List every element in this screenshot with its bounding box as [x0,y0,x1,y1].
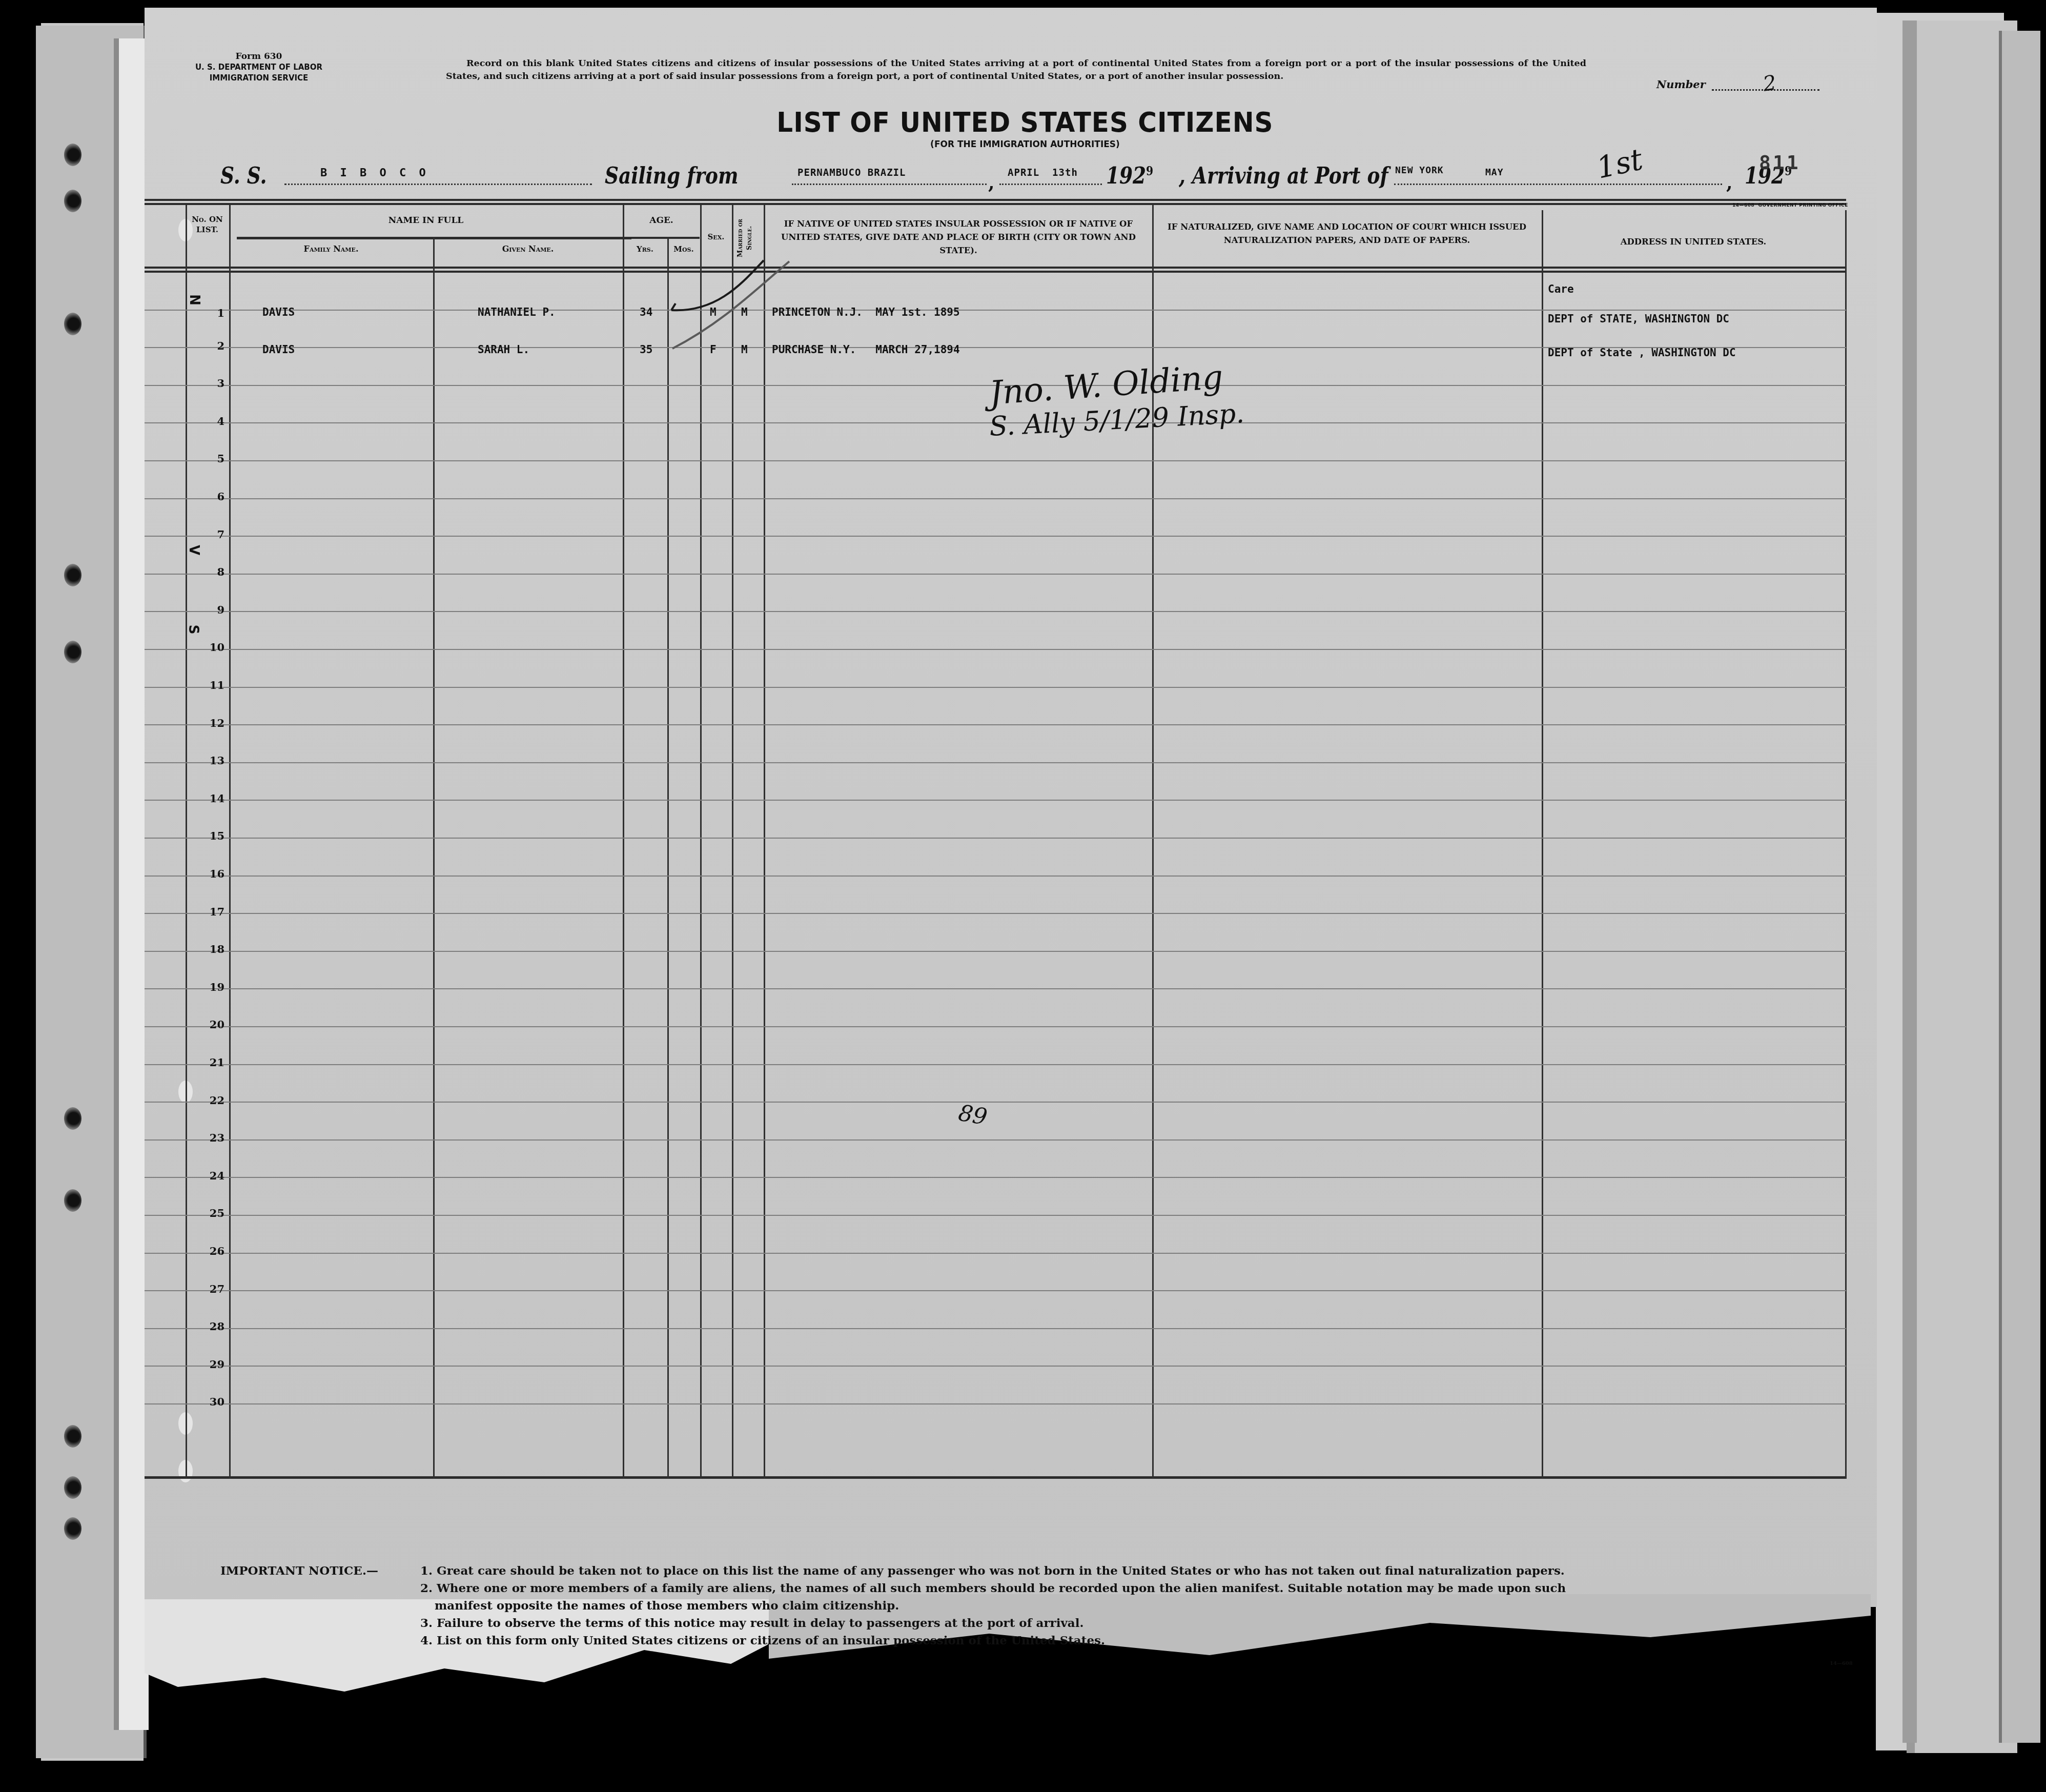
binder-hole [64,564,81,586]
row-rule [145,498,1846,499]
side-mark: N [187,294,202,306]
row-2-age-years[interactable]: 35 [640,343,652,356]
arrival-port[interactable]: NEW YORK [1395,165,1444,176]
row-rule [145,687,1846,688]
row-number: 17 [194,905,224,918]
row-number: 18 [194,943,224,955]
row-number: 1 [194,307,224,319]
row-number: 7 [194,528,224,541]
form-identifier: Form 630 U. S. DEPARTMENT OF LABOR IMMIG… [174,51,343,84]
sailing-date[interactable]: APRIL 13th [1008,167,1078,178]
table-bottom-rule [145,1476,1846,1479]
row-number: 10 [194,641,224,654]
sailing-year-prefix: 1929 [1106,163,1153,189]
row-rule [145,649,1846,650]
row-number: 14 [194,792,224,805]
page-title: LIST OF UNITED STATES CITIZENS [718,107,1333,138]
notice-heading: IMPORTANT NOTICE.— [220,1562,378,1580]
row-number: 24 [194,1169,224,1182]
notice-item-4: 4. List on this form only United States … [420,1632,1855,1650]
header-age: AGE. [623,214,700,227]
ship-name-line [284,184,592,185]
row-1-address[interactable]: DEPT of STATE, WASHINGTON DC [1548,313,1729,325]
row-number: 12 [194,717,224,729]
row-rule [145,951,1846,952]
column-divider [623,205,624,1479]
row-number: 23 [194,1131,224,1144]
table-top-rule [145,199,1846,205]
column-divider [186,205,187,1479]
binder-hole [64,641,81,663]
row-rule [145,913,1846,914]
form-number: Form 630 [174,51,343,62]
row-number: 28 [194,1320,224,1333]
arrival-line [1394,184,1722,185]
row-rule [145,1403,1846,1404]
sailing-from-port[interactable]: PERNAMBUCO BRAZIL [797,167,906,178]
row-2-address[interactable]: DEPT of State , WASHINGTON DC [1548,347,1736,359]
page-subtitle: (FOR THE IMMIGRATION AUTHORITIES) [846,139,1204,150]
column-divider [700,205,702,1479]
ss-label: S. S. [220,163,267,189]
binder-hole [64,313,81,335]
row-rule [145,1253,1846,1254]
row-number: 30 [194,1395,224,1408]
row-1-birth[interactable]: PRINCETON N.J. MAY 1st. 1895 [772,306,960,318]
arriving-label: , Arriving at Port of [1179,163,1388,189]
row-2-family-name[interactable]: DAVIS [262,343,295,356]
row-rule [145,460,1846,461]
row-rule [145,1139,1846,1141]
row-rule [145,1290,1846,1291]
row-number: 20 [194,1018,224,1031]
row-number: 16 [194,867,224,880]
header-bottom-rule [145,267,1846,273]
arrival-month[interactable]: MAY [1485,167,1504,178]
header-mos: Mos. [667,243,700,255]
header-birth: IF NATIVE OF UNITED STATES INSULAR POSSE… [769,217,1148,257]
row-number: 9 [194,603,224,616]
row-rule [145,875,1846,877]
row-2-birth[interactable]: PURCHASE N.Y. MARCH 27,1894 [772,343,960,356]
service-name: IMMIGRATION SERVICE [174,73,343,84]
row-rule [145,1177,1846,1178]
page-edge-stain [1902,21,1917,1743]
row-number: 21 [194,1056,224,1069]
sailing-from-line [792,184,987,185]
row-rule [145,1026,1846,1027]
print-code: 14—608 [1732,203,1754,208]
row-2-given-name[interactable]: SARAH L. [478,343,529,356]
header-yrs: Yrs. [623,243,667,255]
header-sex: Sex. [700,231,732,243]
row-number: 13 [194,754,224,767]
row-number: 2 [194,339,224,352]
form-instructions: Record on this blank United States citiz… [446,57,1586,83]
notice-item-2: 2. Where one or more members of a family… [420,1580,1855,1597]
row-number: 3 [194,377,224,390]
department-name: U. S. DEPARTMENT OF LABOR [174,62,343,73]
binder-hole [64,1107,81,1130]
pen-check-marks [661,256,794,364]
header-naturalized: IF NATURALIZED, GIVE NAME AND LOCATION O… [1162,220,1531,247]
year-prefix: 192 [1106,163,1146,189]
side-mark: V [186,545,201,555]
side-mark: S [186,625,201,635]
row-rule [145,1064,1846,1065]
row-rule [145,988,1846,989]
row-1-given-name[interactable]: NATHANIEL P. [478,306,556,318]
notice-item-1: 1. Great care should be taken not to pla… [420,1562,1855,1580]
background-sheet-right [1999,31,2040,1743]
column-divider [1542,210,1543,1479]
printer-name: GOVERNMENT PRINTING OFFICE [1758,203,1848,208]
row-rule [145,762,1846,763]
header-family-name: Family Name. [229,243,433,255]
row-number: 8 [194,565,224,578]
header-given-name: Given Name. [433,243,623,255]
row-rule [145,724,1846,725]
row-rule [145,611,1846,612]
row-rule [145,1366,1846,1367]
binder-hole [64,1517,81,1540]
row-number: 27 [194,1282,224,1295]
comma: , [988,172,995,194]
row-rule [145,1215,1846,1216]
row-number: 5 [194,452,224,465]
notice-item-3: 3. Failure to observe the terms of this … [420,1615,1855,1632]
row-rule [145,838,1846,839]
row-number: 15 [194,829,224,842]
row-number: 25 [194,1207,224,1219]
printer-mark: 14—608 GOVERNMENT PRINTING OFFICE [1732,203,1848,208]
stamp-number: 811 [1759,151,1801,174]
header-address: ADDRESS IN UNITED STATES. [1542,236,1845,248]
notice-item-2-cont: manifest opposite the names of those mem… [420,1597,1855,1615]
binding-strip [114,38,149,1730]
row-1-family-name[interactable]: DAVIS [262,306,295,318]
row-number: 4 [194,415,224,427]
address-care-prefix: Care [1548,283,1574,295]
column-divider [732,205,733,1479]
row-rule [145,536,1846,537]
binder-hole [64,1189,81,1212]
row-number: 26 [194,1245,224,1257]
sailing-year-digit[interactable]: 9 [1146,164,1153,178]
number-label: Number [1656,78,1706,91]
sailing-date-line [999,184,1102,185]
column-divider [1845,210,1847,1479]
binder-hole [64,1425,81,1448]
row-number: 19 [194,981,224,993]
binder-hole [64,1476,81,1499]
form-code: 14—608 [1830,1661,1853,1666]
row-1-age-years[interactable]: 34 [640,306,652,318]
age-subheader-rule [624,237,700,239]
row-number: 11 [194,679,224,691]
row-rule [145,574,1846,575]
row-rule [145,310,1846,311]
sailing-from-label: Sailing from [605,163,739,189]
comma: , [1726,172,1733,194]
column-divider [764,205,765,1479]
row-rule [145,800,1846,801]
ship-name[interactable]: B I B O C O [320,167,429,179]
row-number: 22 [194,1094,224,1107]
page-mark: 89 [956,1100,989,1131]
header-name-in-full: NAME IN FULL [229,214,623,227]
row-rule [145,1328,1846,1329]
binder-hole [64,190,81,212]
row-number: 29 [194,1358,224,1371]
row-rule [145,1102,1846,1103]
row-number: 6 [194,490,224,503]
binder-hole [64,144,81,166]
column-divider [229,205,231,1479]
header-no-on-list: No. ON LIST. [186,214,229,235]
